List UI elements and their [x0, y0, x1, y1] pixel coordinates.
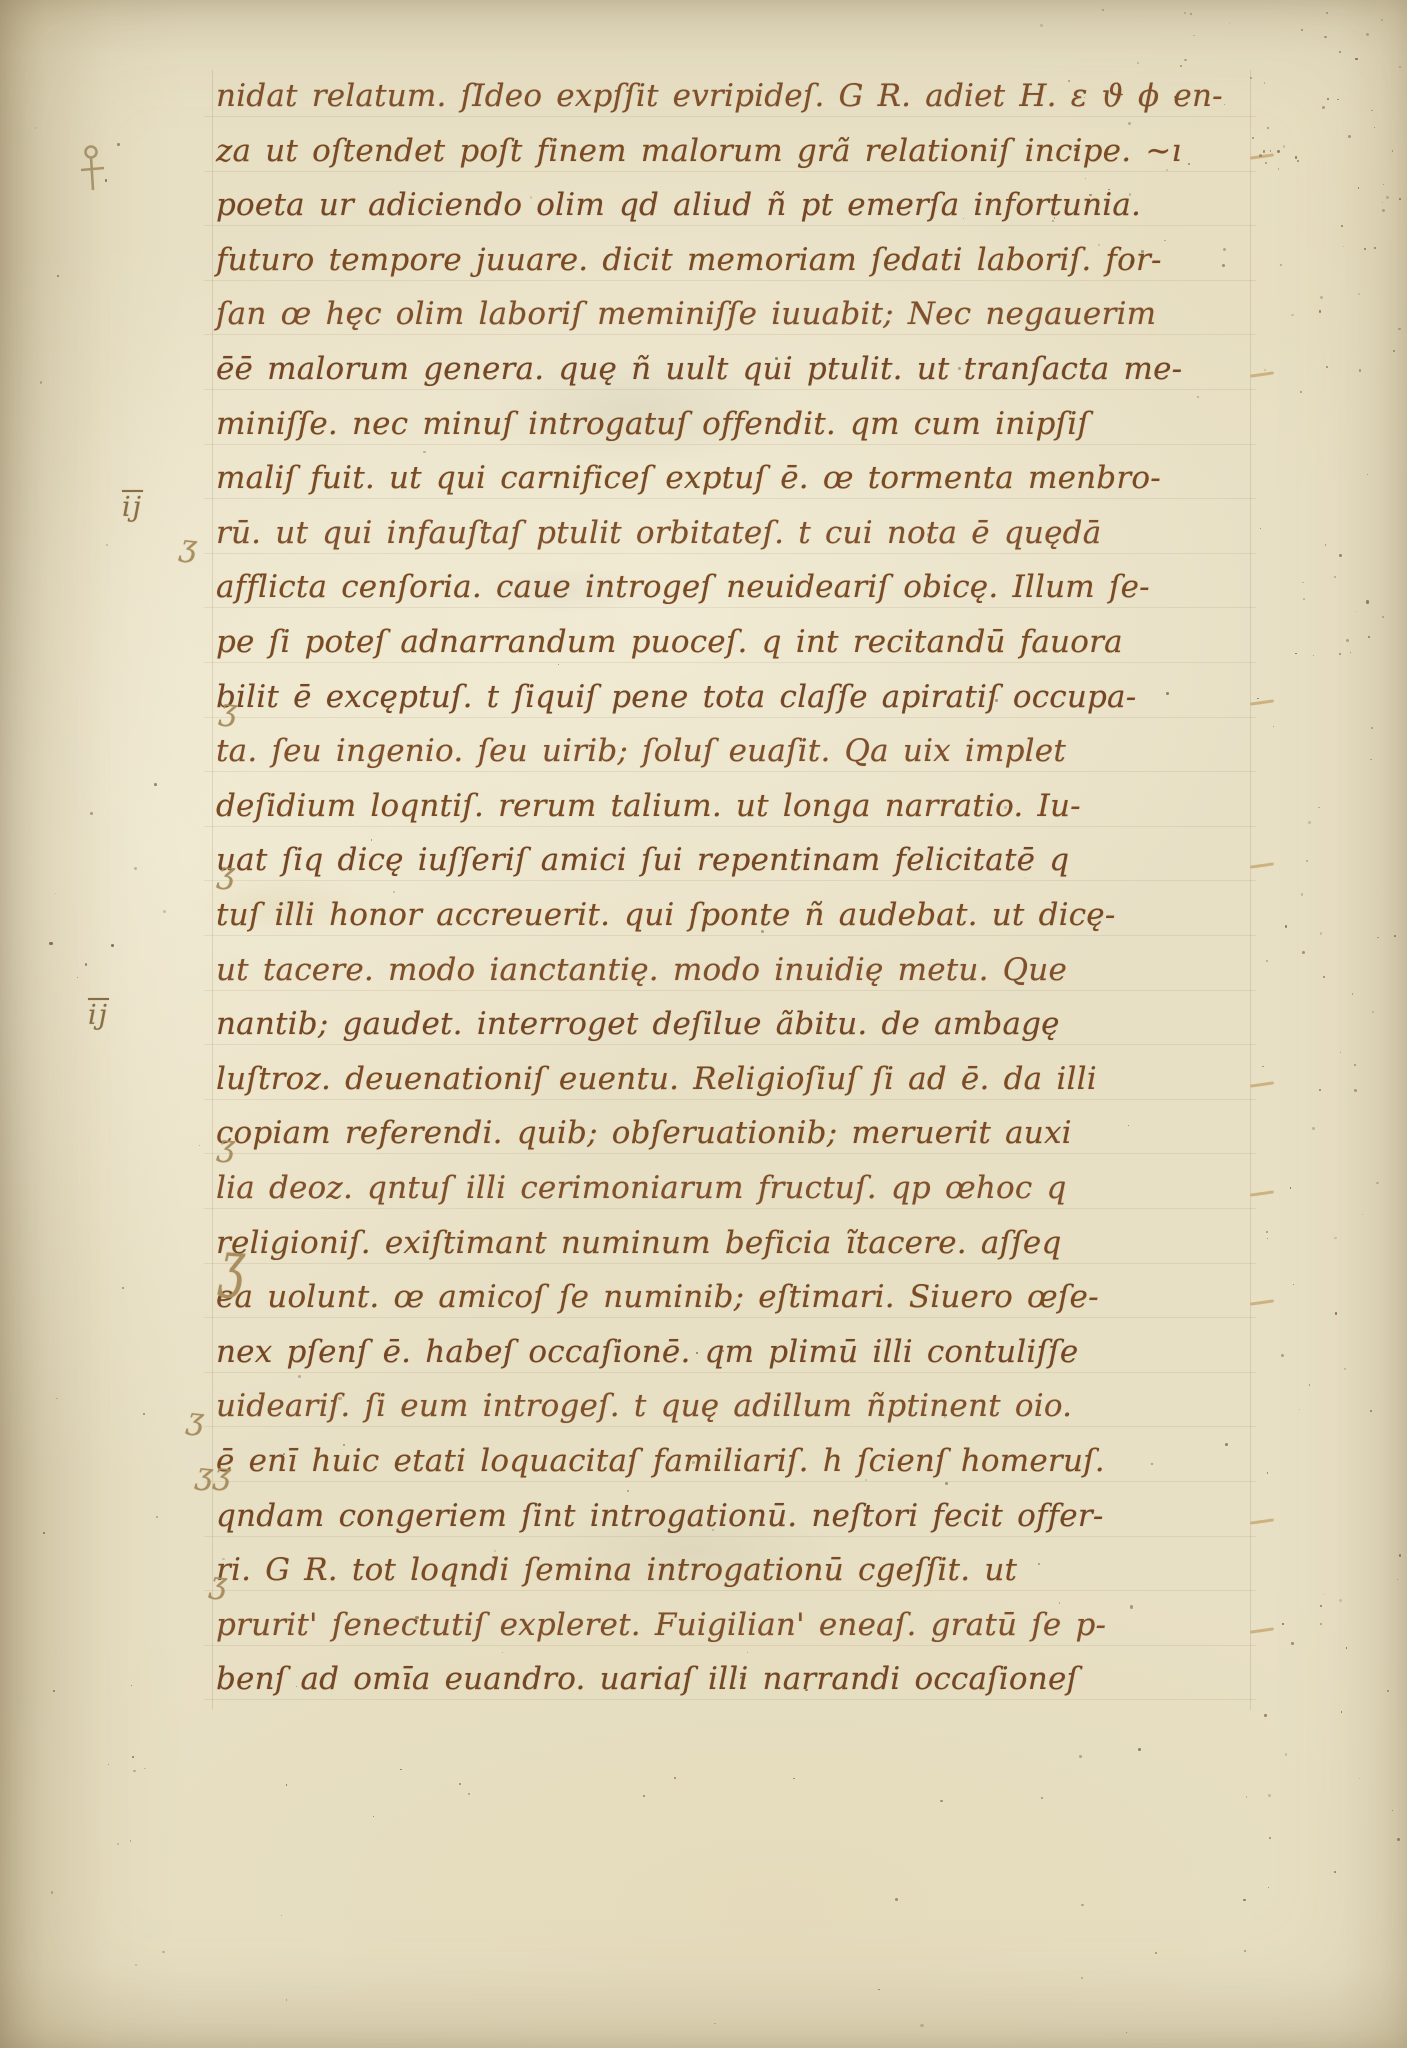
- text-line: ut tacere. modo ianctantię. modo inuidię…: [216, 952, 1067, 988]
- text-line: benſ ad omīa euandro. uariaſ illi narran…: [216, 1661, 1078, 1697]
- text-line: tuſ illi honor accreuerit. qui ſponte ñ …: [216, 897, 1116, 933]
- text-line: prurit' ſenectutiſ expleret. Fuigilian' …: [216, 1607, 1106, 1643]
- quire-mark: ij: [88, 1000, 109, 1031]
- text-line: afflicta cenſoria. caue introgeſ neuidea…: [216, 569, 1150, 605]
- text-line: ri. G R. tot loqndi ſemina introgationū …: [216, 1552, 1017, 1588]
- text-line: ea uolunt. œ amicoſ ſe numinib; eſtimari…: [216, 1279, 1099, 1315]
- text-line: za ut oſtendet poſt finem malorum grã re…: [216, 133, 1182, 169]
- text-line: uideariſ. ſi eum introgeſ. t quę adillum…: [216, 1388, 1072, 1424]
- text-line: pe ſi poteſ adnarrandum puoceſ. q int re…: [216, 624, 1123, 660]
- text-line: futuro tempore juuare. dicit memoriam ſe…: [216, 242, 1162, 278]
- text-line: poeta ur adiciendo olim qd aliud ñ pt em…: [216, 187, 1141, 223]
- manuscript-page: nidat relatum. ſIdeo expſſit evripideſ. …: [0, 0, 1407, 2048]
- text-line: miniſſe. nec minuſ introgatuſ offendit. …: [216, 406, 1089, 442]
- text-line: luſtroz. deuenationiſ euentu. Religioſiu…: [216, 1061, 1097, 1097]
- text-line: ē enī huic etati loquacitaſ familiariſ. …: [216, 1443, 1105, 1479]
- text-line: nidat relatum. ſIdeo expſſit evripideſ. …: [216, 78, 1223, 114]
- text-block: nidat relatum. ſIdeo expſſit evripideſ. …: [0, 0, 1407, 2048]
- text-line: qndam congeriem ſint introgationū. neſto…: [216, 1498, 1104, 1534]
- text-line: deſidium loqntiſ. rerum talium. ut longa…: [216, 788, 1081, 824]
- paragraph-mark: ʒ: [218, 692, 239, 729]
- quire-mark: ij: [122, 492, 143, 523]
- text-line: uat ſiq dicę iuſſeriſ amici ſui repentin…: [216, 842, 1069, 878]
- paragraph-mark: ʒ: [212, 1456, 233, 1493]
- text-line: nex pſenſ ē. habeſ occaſionē. qm plimū i…: [216, 1334, 1078, 1370]
- text-line: copiam referendi. quib; obſeruationib; m…: [216, 1115, 1072, 1151]
- paragraph-mark: ʒ: [185, 1402, 206, 1439]
- text-line: bilit ē excęptuſ. t ſiquiſ pene tota cla…: [216, 679, 1136, 715]
- text-line: lia deoz. qntuſ illi cerimoniarum fructu…: [216, 1170, 1067, 1206]
- paragraph-mark: ʒ: [216, 856, 237, 893]
- paragraph-mark: ʒ: [216, 1129, 237, 1166]
- text-line: nantib; gaudet. interroget deſilue ãbitu…: [216, 1006, 1060, 1042]
- text-line: ēē malorum genera. quę ñ uult qui ptulit…: [216, 351, 1182, 387]
- text-line: religioniſ. exiſtimant numinum beficia ĩ…: [216, 1225, 1062, 1261]
- paragraph-mark: ʒ: [178, 528, 199, 565]
- margin-cross-mark: [76, 144, 110, 196]
- paragraph-mark: ʒ: [208, 1565, 229, 1602]
- text-line: maliſ fuit. ut qui carnificeſ exptuſ ē. …: [216, 460, 1161, 496]
- text-line: rū. ut qui infauſtaſ ptulit orbitateſ. t…: [216, 515, 1101, 551]
- paragraph-mark: ʒ: [218, 1228, 248, 1301]
- text-line: ta. ſeu ingenio. ſeu uirib; ſoluſ euaſit…: [216, 733, 1066, 769]
- text-line: ſan œ hęc olim laboriſ meminiſſe iuuabit…: [216, 296, 1156, 332]
